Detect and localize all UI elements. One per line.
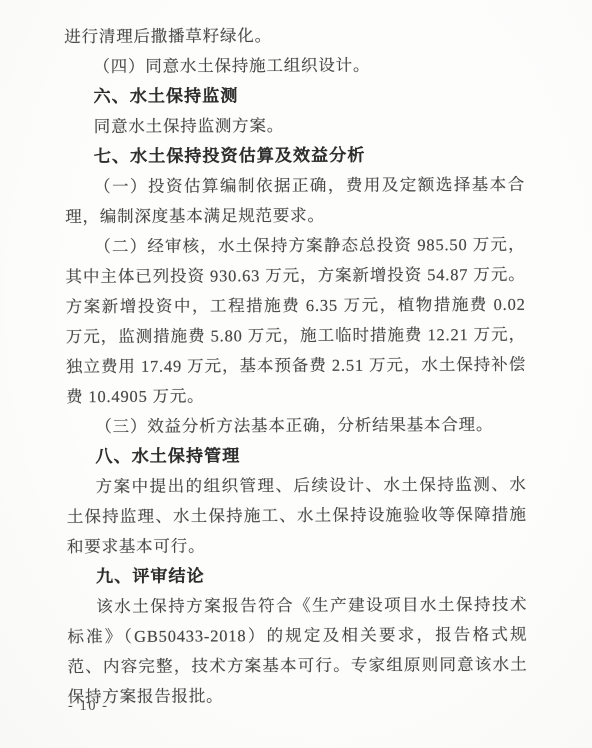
heading-section-7-investment-benefit: 七、水土保持投资估算及效益分析 <box>65 140 525 172</box>
paragraph-item-1-investment-basis: （一）投资估算编制依据正确，费用及定额选择基本合理，编制深度基本满足规范要求。 <box>65 170 525 232</box>
paragraph-item-3-benefit-analysis: （三）效益分析方法基本正确，分析结果基本合理。 <box>66 410 526 442</box>
paragraph-continuation-greening: 进行清理后撒播草籽绿化。 <box>64 20 524 52</box>
paragraph-item-4-construction-design: （四）同意水土保持施工组织设计。 <box>64 50 524 82</box>
heading-section-8-management: 八、水土保持管理 <box>66 440 526 472</box>
heading-section-6-monitoring: 六、水土保持监测 <box>65 80 525 112</box>
paragraph-item-2-investment-breakdown: （二）经审核，水土保持方案静态总投资 985.50 万元，其中主体已列投资 93… <box>65 230 526 412</box>
heading-section-9-review-conclusion: 九、评审结论 <box>67 560 527 592</box>
document-page: 进行清理后撒播草籽绿化。 （四）同意水土保持施工组织设计。 六、水土保持监测 同… <box>0 0 592 748</box>
page-number: - 10 - <box>68 698 108 715</box>
document-text-block: 进行清理后撒播草籽绿化。 （四）同意水土保持施工组织设计。 六、水土保持监测 同… <box>64 20 528 712</box>
paragraph-monitoring-agreement: 同意水土保持监测方案。 <box>65 110 525 142</box>
paragraph-management-measures: 方案中提出的组织管理、后续设计、水土保持监测、水土保持监理、水土保持施工、水土保… <box>67 470 527 562</box>
paragraph-review-conclusion: 该水土保持方案报告符合《生产建设项目水土保持技术标准》（GB50433-2018… <box>67 590 528 712</box>
